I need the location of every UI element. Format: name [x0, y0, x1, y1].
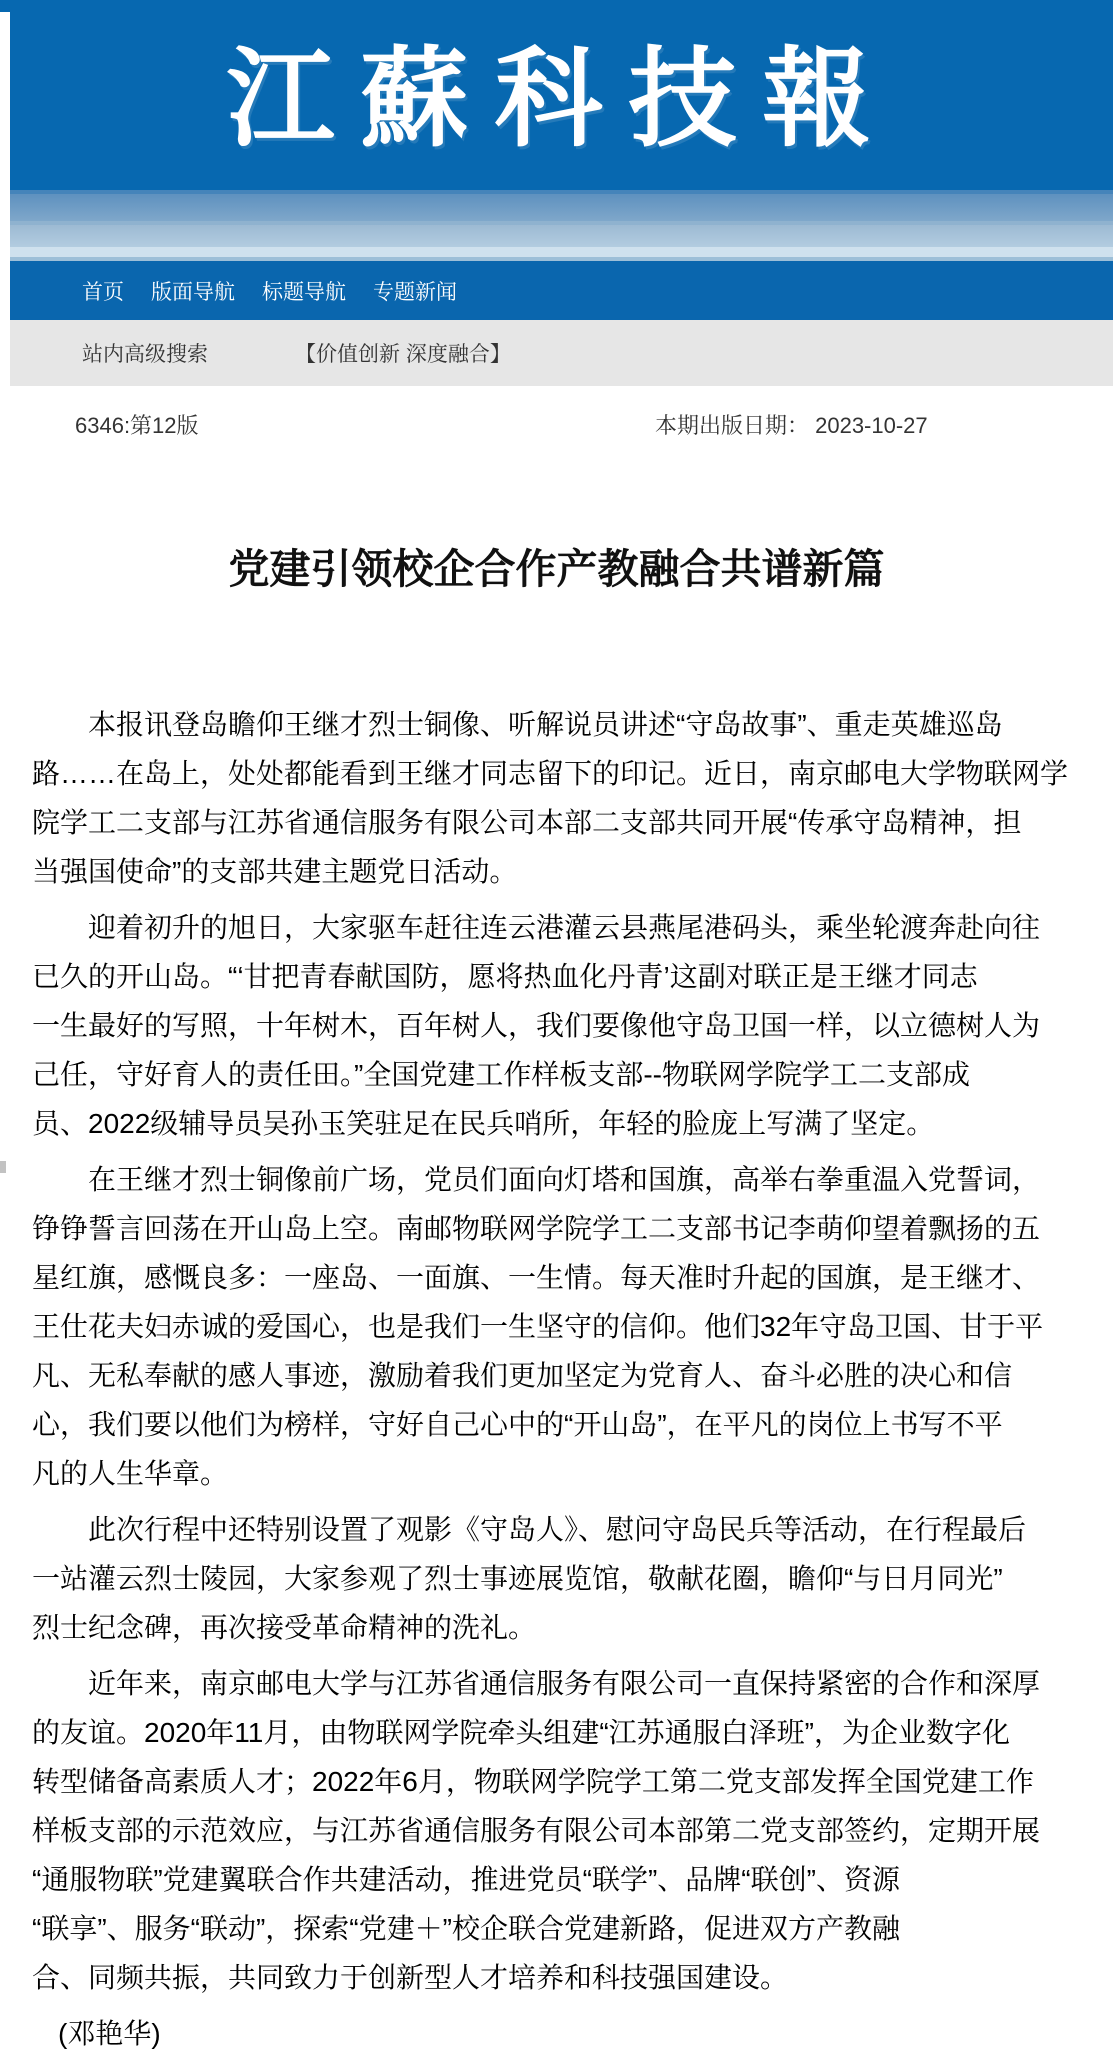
article-line: “联享”、服务“联动”，探索“党建＋”校企联合党建新路，促进双方产教融 [32, 1904, 1113, 1953]
article-paragraph: 此次行程中还特别设置了观影《守岛人》、慰问守岛民兵等活动，在行程最后一站灌云烈士… [32, 1505, 1113, 1652]
article-paragraph: 迎着初升的旭日，大家驱车赶往连云港灌云县燕尾港码头，乘坐轮渡奔赴向往已久的开山岛… [32, 903, 1113, 1148]
article-line: 心，我们要以他们为榜样，守好自己心中的“开山岛”，在平凡的岗位上书写不平 [32, 1400, 1113, 1449]
article-byline: (邓艳华) [32, 2009, 1113, 2054]
article-line: 星红旗，感慨良多：一座岛、一面旗、一生情。每天准时升起的国旗，是王继才、 [32, 1253, 1113, 1302]
article-title: 党建引领校企合作产教融合共谱新篇 [0, 536, 1113, 595]
stripe-2 [10, 194, 1113, 221]
article-line: 转型储备高素质人才；2022年6月，物联网学院学工第二党支部发挥全国党建工作 [32, 1757, 1113, 1806]
issue-number: 6346:第12版 [75, 409, 199, 440]
article-paragraph: 近年来，南京邮电大学与江苏省通信服务有限公司一直保持紧密的合作和深厚的友谊。20… [32, 1659, 1113, 2002]
main-navbar: 首页版面导航标题导航专题新闻 [10, 261, 1113, 320]
secondary-bar: 站内高级搜索 【价值创新 深度融合】 [10, 320, 1113, 386]
article-line: 路……在岛上，处处都能看到王继才同志留下的印记。近日，南京邮电大学物联网学 [32, 749, 1113, 798]
article-line: 迎着初升的旭日，大家驱车赶往连云港灌云县燕尾港码头，乘坐轮渡奔赴向往 [32, 903, 1113, 952]
article-line: 此次行程中还特别设置了观影《守岛人》、慰问守岛民兵等活动，在行程最后 [32, 1505, 1113, 1554]
decorative-stripes [10, 190, 1113, 261]
article-paragraph: 本报讯登岛瞻仰王继才烈士铜像、听解说员讲述“守岛故事”、重走英雄巡岛路……在岛上… [32, 700, 1113, 896]
stripe-4 [10, 225, 1113, 247]
article-line: “通服物联”党建翼联合作共建活动，推进党员“联学”、品牌“联创”、资源 [32, 1855, 1113, 1904]
article-paragraph: 在王继才烈士铜像前广场，党员们面向灯塔和国旗，高举右拳重温入党誓词，铮铮誓言回荡… [32, 1155, 1113, 1498]
article-line: 在王继才烈士铜像前广场，党员们面向灯塔和国旗，高举右拳重温入党誓词， [32, 1155, 1113, 1204]
nav-item-title-nav[interactable]: 标题导航 [262, 276, 346, 306]
article-line: 己任，守好育人的责任田。”全国党建工作样板支部--物联网学院学工二支部成 [32, 1050, 1113, 1099]
slogan-text: 【价值创新 深度融合】 [295, 338, 511, 368]
top-blue-strip [0, 0, 1113, 12]
nav-item-special-news[interactable]: 专题新闻 [373, 276, 457, 306]
article-line: 员、2022级辅导员吴孙玉笑驻足在民兵哨所，年轻的脸庞上写满了坚定。 [32, 1099, 1113, 1148]
article-line: 凡、无私奉献的感人事迹，激励着我们更加坚定为党育人、奋斗必胜的决心和信 [32, 1351, 1113, 1400]
article-line: 一生最好的写照，十年树木，百年树人，我们要像他守岛卫国一样，以立德树人为 [32, 1001, 1113, 1050]
advanced-search-link[interactable]: 站内高级搜索 [82, 338, 208, 368]
article-line: 烈士纪念碑，再次接受革命精神的洗礼。 [32, 1603, 1113, 1652]
left-edge-scroll-artifact [0, 1161, 6, 1173]
newspaper-logo: 江蘇科技報 [226, 12, 896, 167]
article-line: 本报讯登岛瞻仰王继才烈士铜像、听解说员讲述“守岛故事”、重走英雄巡岛 [32, 700, 1113, 749]
article-line: 王仕花夫妇赤诚的爱国心，也是我们一生坚守的信仰。他们32年守岛卫国、甘于平 [32, 1302, 1113, 1351]
article-body: 本报讯登岛瞻仰王继才烈士铜像、听解说员讲述“守岛故事”、重走英雄巡岛路……在岛上… [32, 700, 1113, 2054]
article-line: 样板支部的示范效应，与江苏省通信服务有限公司本部第二党支部签约，定期开展 [32, 1806, 1113, 1855]
article-line: 当强国使命”的支部共建主题党日活动。 [32, 847, 1113, 896]
nav-item-home[interactable]: 首页 [82, 276, 124, 306]
article-line: 的友谊。2020年11月，由物联网学院牵头组建“江苏通服白泽班”，为企业数字化 [32, 1708, 1113, 1757]
stripe-5 [10, 247, 1113, 257]
article-line: 铮铮誓言回荡在开山岛上空。南邮物联网学院学工二支部书记李萌仰望着飘扬的五 [32, 1204, 1113, 1253]
article-line: 凡的人生华章。 [32, 1449, 1113, 1498]
article-line: 近年来，南京邮电大学与江苏省通信服务有限公司一直保持紧密的合作和深厚 [32, 1659, 1113, 1708]
article-line: 院学工二支部与江苏省通信服务有限公司本部二支部共同开展“传承守岛精神，担 [32, 798, 1113, 847]
article-line: 一站灌云烈士陵园，大家参观了烈士事迹展览馆，敬献花圈，瞻仰“与日月同光” [32, 1554, 1113, 1603]
article-line: 合、同频共振，共同致力于创新型人才培养和科技强国建设。 [32, 1953, 1113, 2002]
article-line: 已久的开山岛。“‘甘把青春献国防，愿将热血化丹青’这副对联正是王继才同志 [32, 952, 1113, 1001]
nav-item-page-nav[interactable]: 版面导航 [151, 276, 235, 306]
masthead-banner: 江蘇科技報 [10, 12, 1113, 190]
publish-date: 本期出版日期： 2023-10-27 [655, 409, 928, 440]
